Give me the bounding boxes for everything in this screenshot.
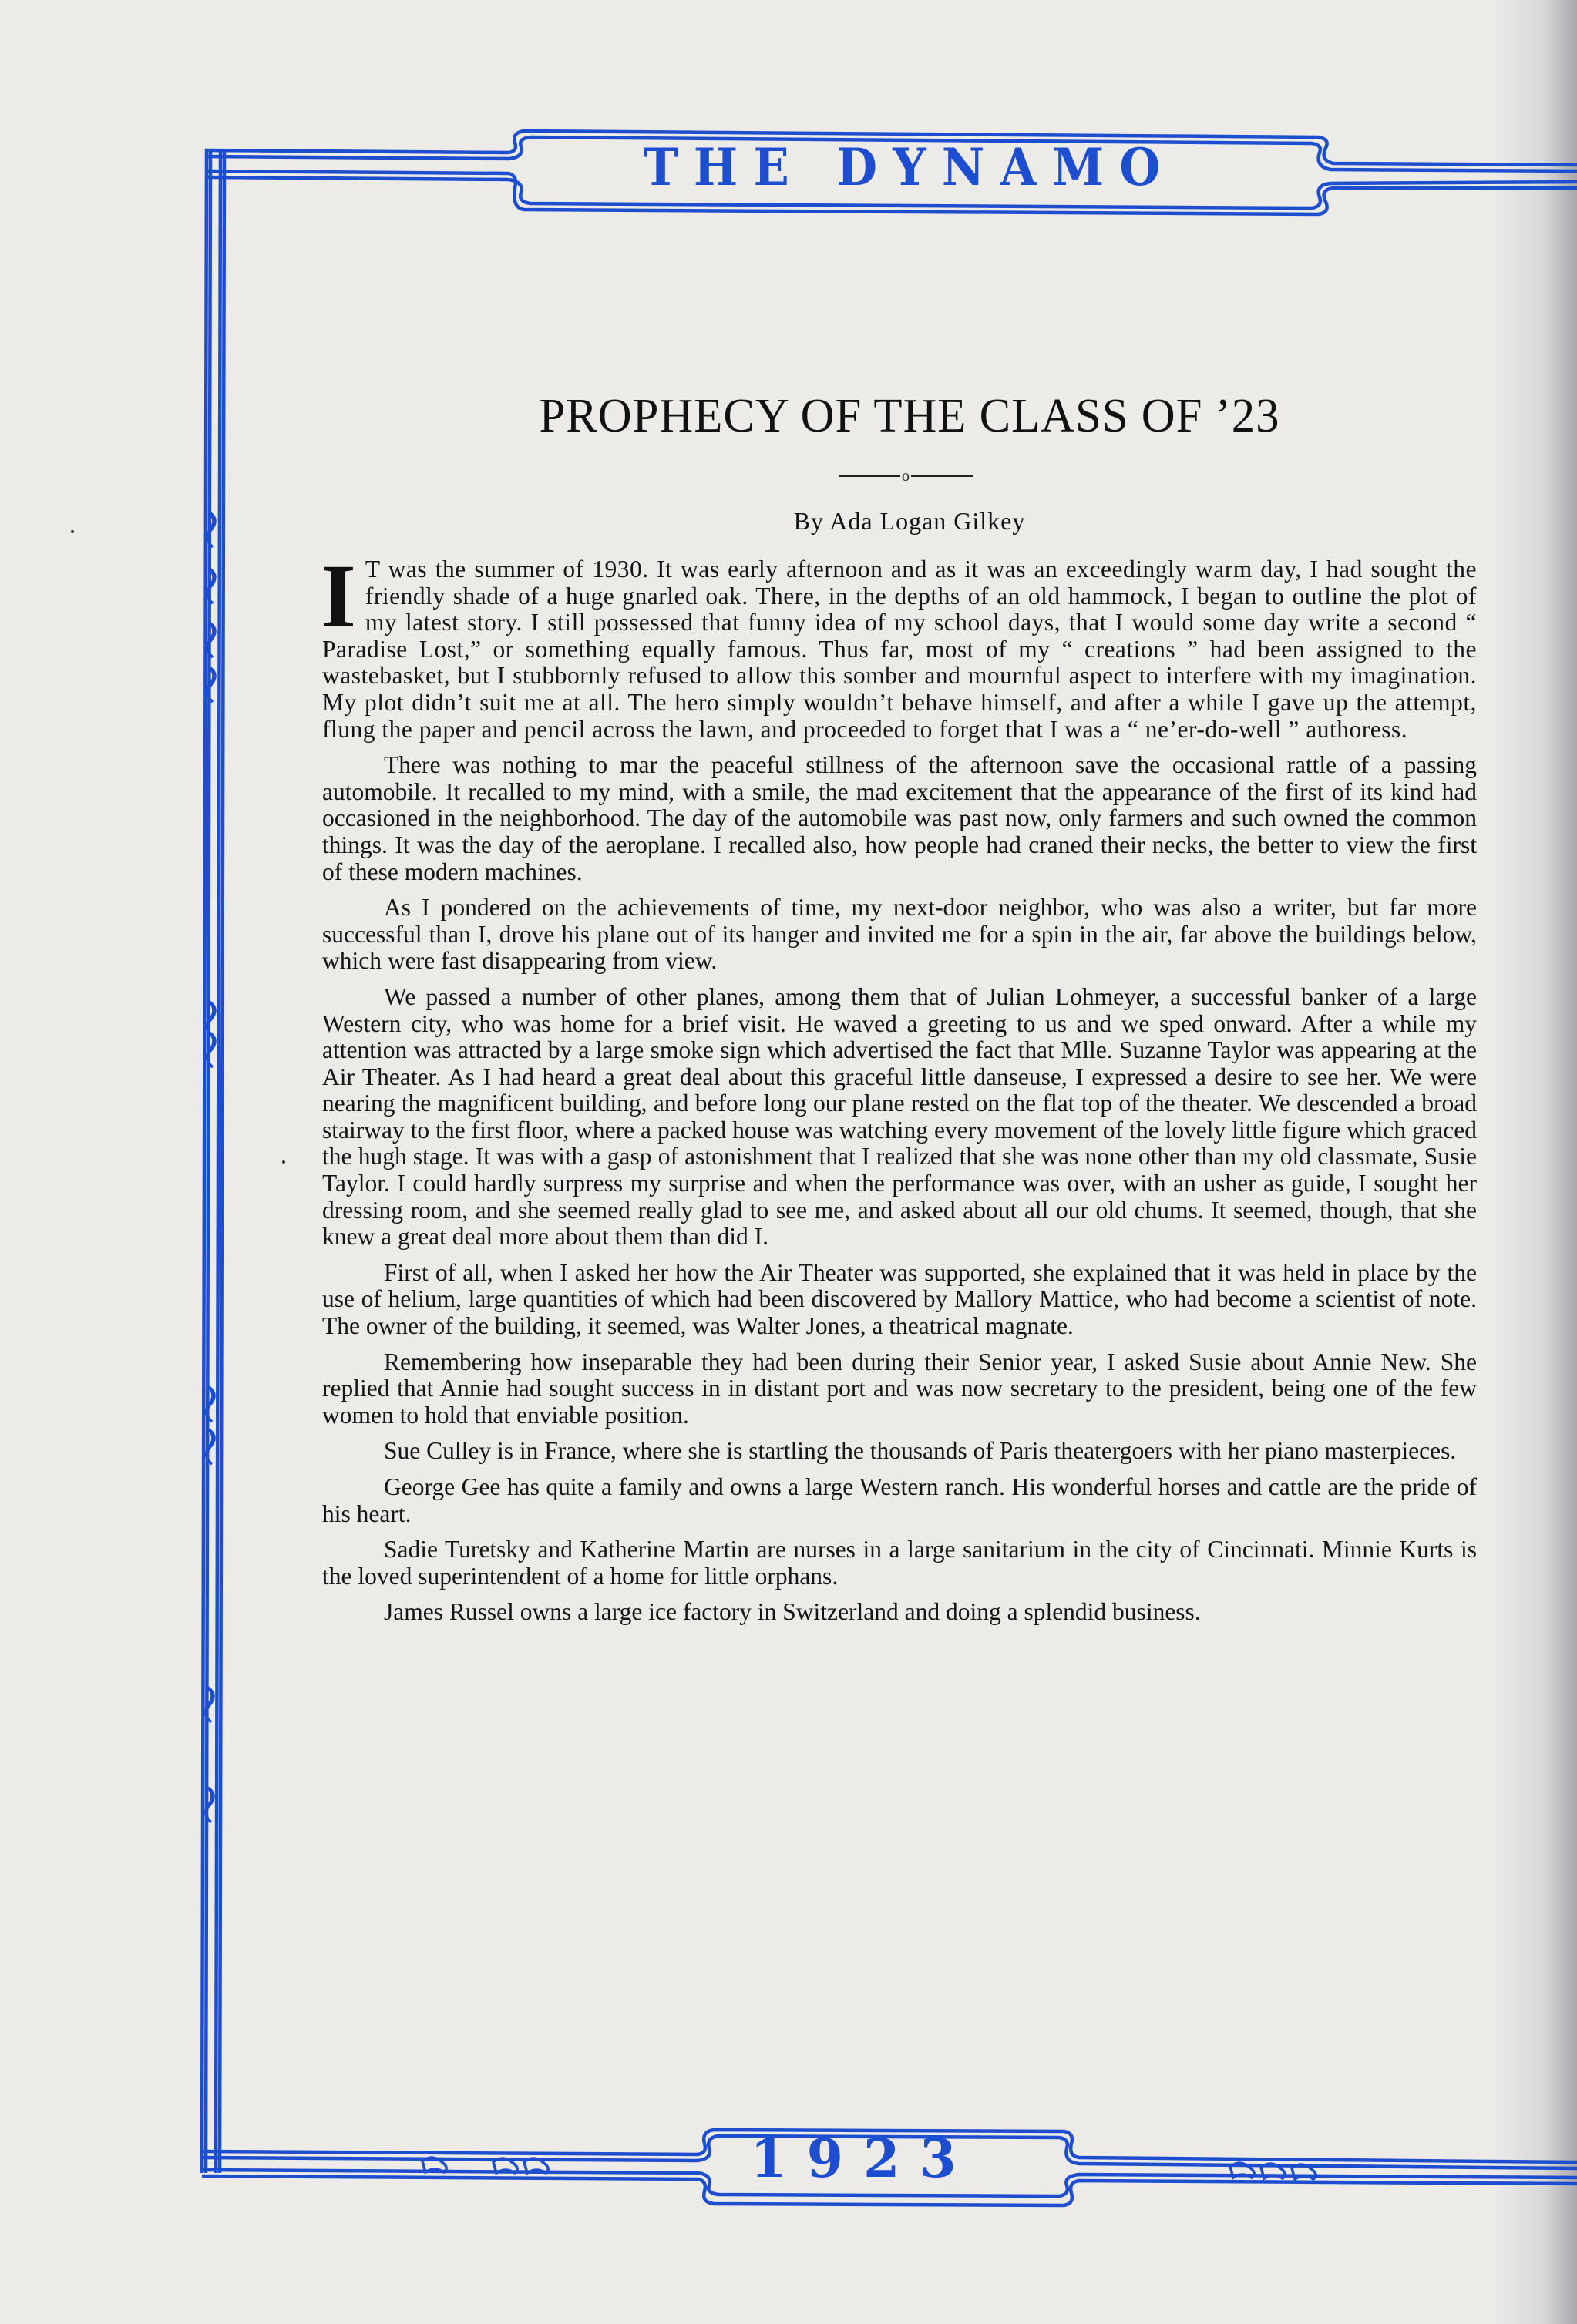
article-body: IT was the summer of 1930. It was early … [322, 556, 1477, 1635]
divider-center-glyph: o [900, 468, 911, 484]
paragraph-5: First of all, when I asked her how the A… [322, 1260, 1477, 1340]
paragraph-10: James Russel owns a large ice factory in… [322, 1599, 1477, 1626]
paragraph-6: Remembering how inseparable they had bee… [322, 1349, 1477, 1429]
article-byline: By Ada Logan Gilkey [601, 507, 1218, 536]
paragraph-4: We passed a number of other planes, amon… [322, 984, 1477, 1251]
paragraph-7: Sue Culley is in France, where she is st… [322, 1438, 1477, 1465]
paragraph-3: As I pondered on the achievements of tim… [322, 895, 1477, 975]
paragraph-9: Sadie Turetsky and Katherine Martin are … [322, 1536, 1477, 1590]
paper-speck [71, 530, 74, 533]
paragraph-2: There was nothing to mar the peaceful st… [322, 752, 1477, 885]
paragraph-8: George Gee has quite a family and owns a… [322, 1474, 1477, 1527]
footer-year: 1923 [709, 2128, 1017, 2198]
divider-line-right [911, 475, 973, 477]
drop-cap: I [321, 561, 356, 635]
title-divider-ornament: o [802, 467, 1010, 485]
divider-line-left [839, 475, 900, 477]
masthead-title: THE DYNAMO [569, 137, 1249, 207]
paragraph-1: IT was the summer of 1930. It was early … [322, 556, 1477, 743]
paper-speck [282, 1160, 285, 1164]
article-title: PROPHECY OF THE CLASS OF ’23 [426, 389, 1393, 444]
